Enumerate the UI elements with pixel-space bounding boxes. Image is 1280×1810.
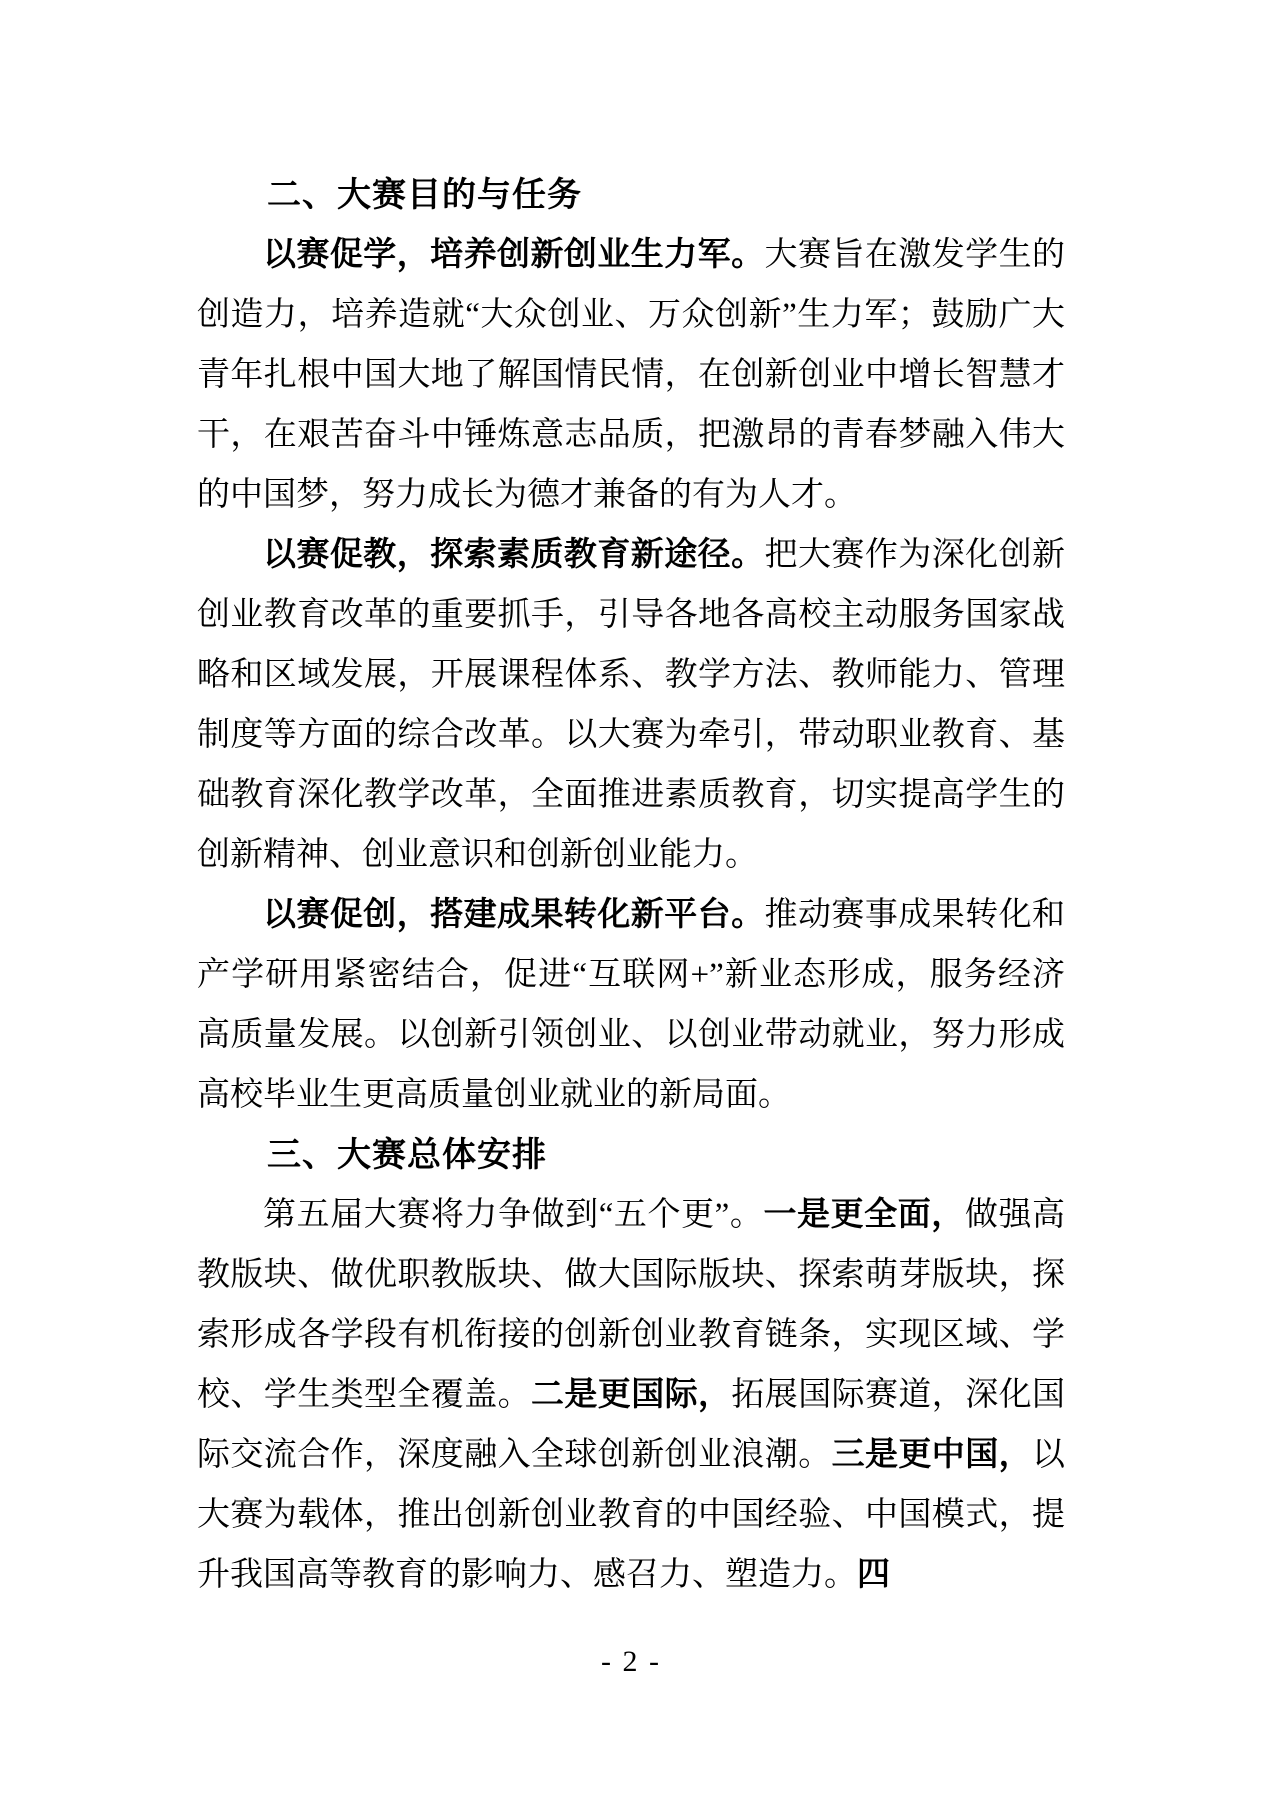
- paragraph-segment-bold: 四: [857, 1557, 890, 1593]
- paragraph-segment: 第五届大赛将力争做到“五个更”。: [263, 1197, 763, 1233]
- paragraph-lead: 以赛促学，培养创新创业生力军。: [263, 237, 765, 273]
- paragraph-promote-teaching: 以赛促教，探索素质教育新途径。把大赛作为深化创新创业教育改革的重要抓手，引导各地…: [197, 525, 1065, 885]
- paragraph-promote-innovation: 以赛促创，搭建成果转化新平台。推动赛事成果转化和产学研用紧密结合，促进“互联网+…: [197, 885, 1065, 1125]
- paragraph-overall-plan: 第五届大赛将力争做到“五个更”。一是更全面，做强高教版块、做优职教版块、做大国际…: [197, 1185, 1065, 1605]
- text-column: 二、大赛目的与任务 以赛促学，培养创新创业生力军。大赛旨在激发学生的创造力，培养…: [197, 165, 1065, 1605]
- paragraph-segment-bold: 一是更全面，: [763, 1197, 964, 1233]
- paragraph-body: 把大赛作为深化创新创业教育改革的重要抓手，引导各地各高校主动服务国家战略和区域发…: [197, 537, 1065, 873]
- document-page: 二、大赛目的与任务 以赛促学，培养创新创业生力军。大赛旨在激发学生的创造力，培养…: [0, 0, 1280, 1810]
- paragraph-lead: 以赛促创，搭建成果转化新平台。: [263, 897, 765, 933]
- paragraph-body: 大赛旨在激发学生的创造力，培养造就“大众创业、万众创新”生力军；鼓励广大青年扎根…: [197, 237, 1065, 513]
- section-heading-2: 二、大赛目的与任务: [197, 165, 1065, 225]
- paragraph-segment-bold: 二是更国际，: [531, 1377, 731, 1413]
- paragraph-segment-bold: 三是更中国，: [832, 1437, 1032, 1473]
- page-number: - 2 -: [197, 1642, 1065, 1682]
- paragraph-promote-learning: 以赛促学，培养创新创业生力军。大赛旨在激发学生的创造力，培养造就“大众创业、万众…: [197, 225, 1065, 525]
- section-heading-3: 三、大赛总体安排: [197, 1125, 1065, 1185]
- paragraph-lead: 以赛促教，探索素质教育新途径。: [263, 537, 765, 573]
